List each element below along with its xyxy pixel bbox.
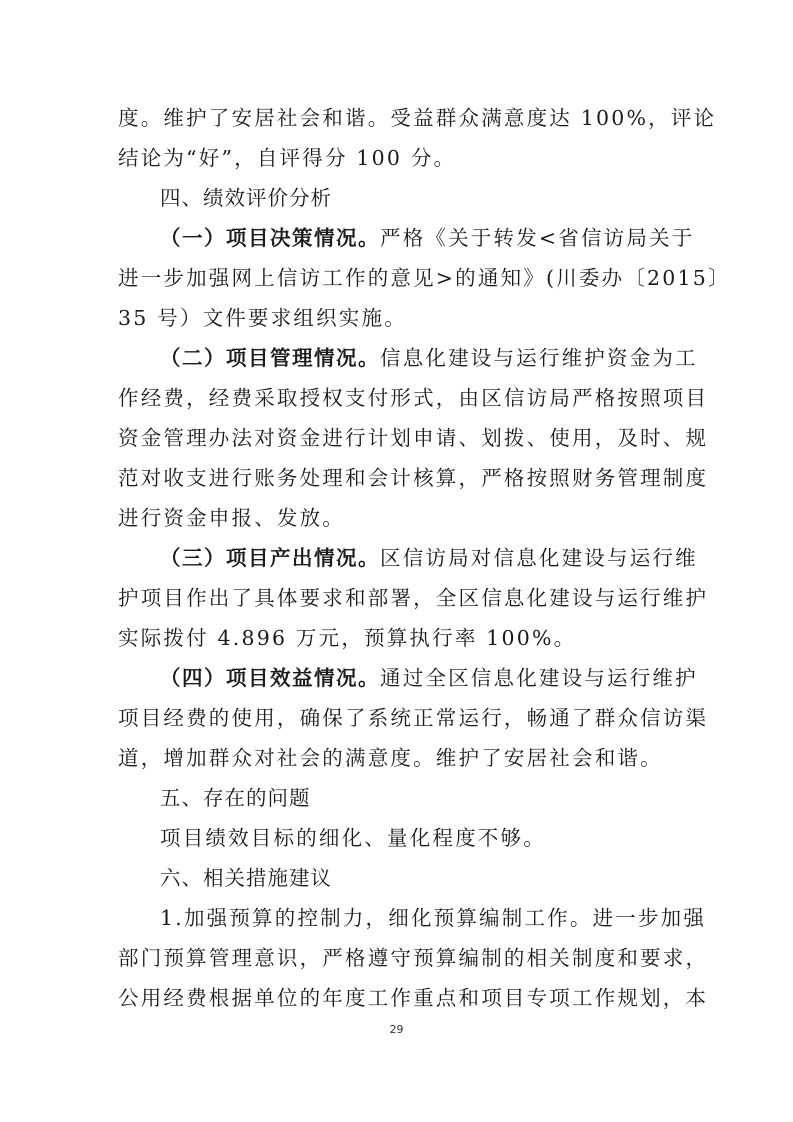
body-text: 通过全区信息化建设与运行维护 — [380, 666, 698, 690]
body-text: 严格《关于转发<省信访局关于 — [380, 226, 694, 250]
body-text-line: 实际拨付 4.896 万元，预算执行率 100%。 — [118, 623, 678, 653]
body-text-line: 作经费，经费采取授权支付形式，由区信访局严格按照项目 — [118, 383, 678, 413]
page-number: 29 — [0, 1023, 793, 1036]
body-text-line: 护项目作出了具体要求和部署，全区信息化建设与运行维护 — [118, 583, 678, 613]
subsection-3-first-line: （三）项目产出情况。区信访局对信息化建设与运行维 — [160, 543, 720, 573]
body-text-line: 资金管理办法对资金进行计划申请、划拨、使用，及时、规 — [118, 423, 678, 453]
body-text: 区信访局对信息化建设与运行维 — [380, 546, 698, 570]
section-heading-4: 四、绩效评价分析 — [160, 183, 720, 213]
document-page: 度。维护了安居社会和谐。受益群众满意度达 100%，评论 结论为“好”，自评得分… — [0, 0, 793, 1122]
subsection-title: （一）项目决策情况。 — [160, 226, 380, 250]
body-text-line: 范对收支进行账务处理和会计核算，严格按照财务管理制度 — [118, 463, 678, 493]
subsection-1-first-line: （一）项目决策情况。严格《关于转发<省信访局关于 — [160, 223, 720, 253]
subsection-4-first-line: （四）项目效益情况。通过全区信息化建设与运行维护 — [160, 663, 720, 693]
body-text-line: 进行资金申报、发放。 — [118, 503, 678, 533]
body-text: 信息化建设与运行维护资金为工 — [380, 346, 698, 370]
body-text-line: 部门预算管理意识，严格遵守预算编制的相关制度和要求， — [118, 943, 678, 973]
body-text-line: 项目经费的使用，确保了系统正常运行，畅通了群众信访渠 — [118, 703, 678, 733]
subsection-2-first-line: （二）项目管理情况。信息化建设与运行维护资金为工 — [160, 343, 720, 373]
body-text-line: 1.加强预算的控制力，细化预算编制工作。进一步加强 — [160, 903, 720, 933]
body-text-line: 35 号）文件要求组织实施。 — [118, 303, 678, 333]
body-text-line: 进一步加强网上信访工作的意见>的通知》(川委办〔2015〕 — [118, 263, 678, 293]
body-text-line: 道，增加群众对社会的满意度。维护了安居社会和谐。 — [118, 743, 678, 773]
body-text-line: 度。维护了安居社会和谐。受益群众满意度达 100%，评论 — [118, 103, 678, 133]
subsection-title: （二）项目管理情况。 — [160, 346, 380, 370]
body-text-line: 公用经费根据单位的年度工作重点和项目专项工作规划，本 — [118, 983, 678, 1013]
subsection-title: （三）项目产出情况。 — [160, 546, 380, 570]
section-heading-5: 五、存在的问题 — [160, 783, 720, 813]
section-heading-6: 六、相关措施建议 — [160, 863, 720, 893]
body-text-line: 结论为“好”，自评得分 100 分。 — [118, 143, 678, 173]
body-text-line: 项目绩效目标的细化、量化程度不够。 — [160, 823, 720, 853]
subsection-title: （四）项目效益情况。 — [160, 666, 380, 690]
